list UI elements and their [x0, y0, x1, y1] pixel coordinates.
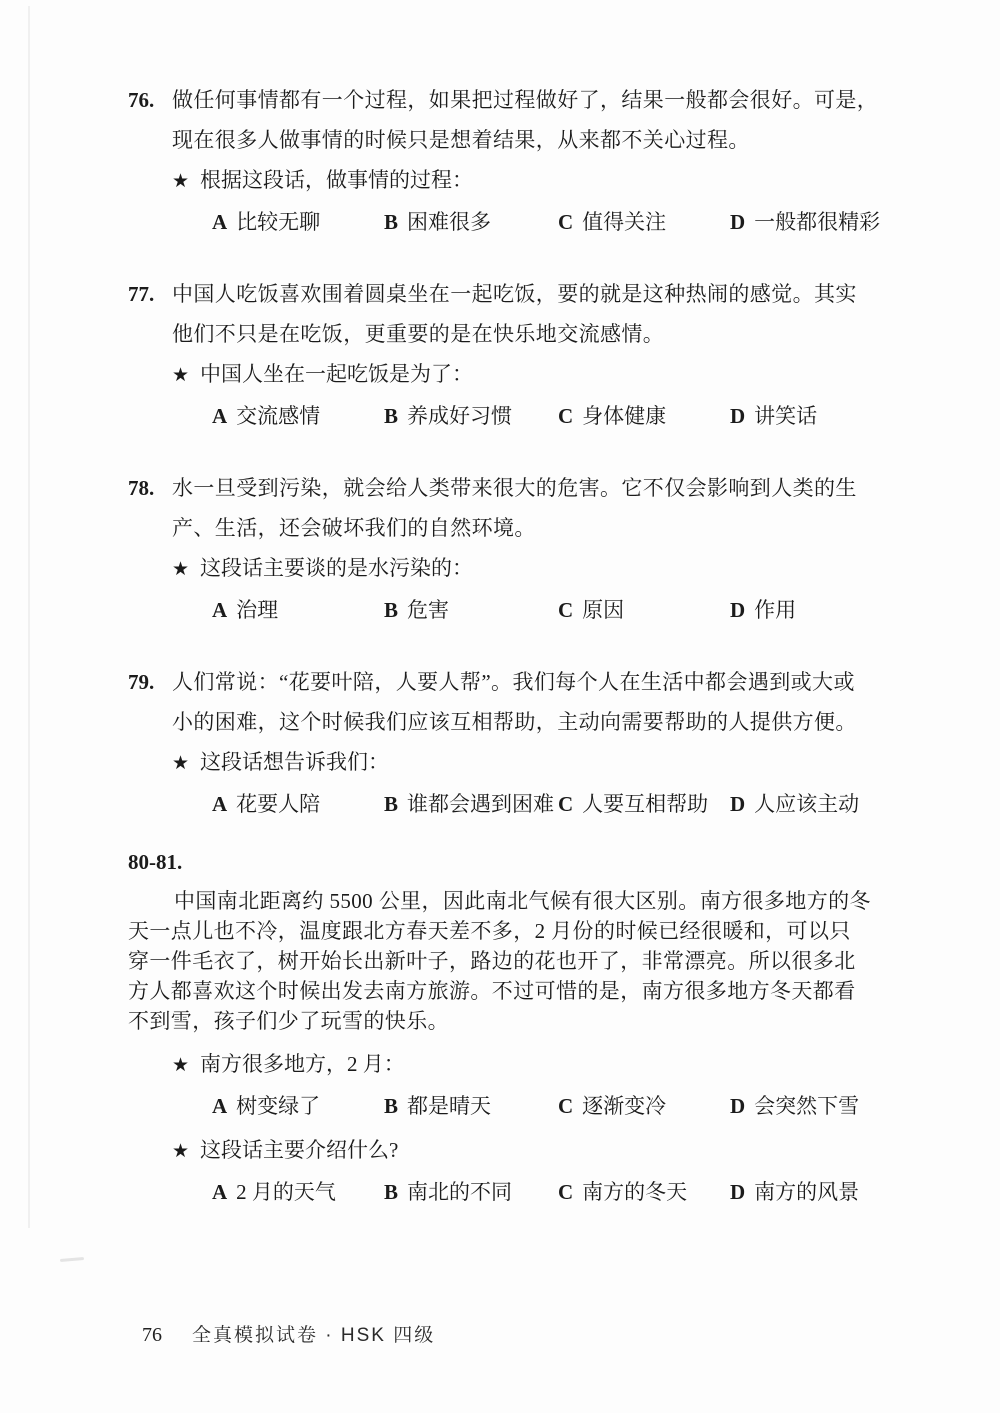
option-letter: B — [384, 210, 398, 234]
option-text: 交流感情 — [236, 404, 320, 428]
question-body: 做任何事情都有一个过程，如果把过程做好了，结果一般都会很好。可是， 现在很多人做… — [172, 80, 944, 242]
page-footer: 76 全真模拟试卷 · HSK 四级 — [142, 1320, 435, 1347]
passage-line: 穿一件毛衣了，树开始长出新叶子，路边的花也开了，非常漂亮。所以很多北 — [128, 946, 944, 976]
option-text: 危害 — [407, 598, 449, 622]
option-d: D讲笑话 — [730, 396, 817, 436]
option-letter: C — [558, 598, 573, 622]
option-c: C人要互相帮助 — [558, 784, 730, 824]
option-text: 南方的风景 — [754, 1180, 859, 1204]
option-b: B危害 — [384, 590, 558, 630]
passage-line: 产、生活，还会破坏我们的自然环境。 — [172, 508, 944, 548]
option-text: 讲笑话 — [754, 404, 817, 428]
option-text: 人应该主动 — [754, 792, 859, 816]
option-text: 逐渐变冷 — [582, 1094, 666, 1118]
option-text: 一般都很精彩 — [754, 210, 880, 234]
star-icon: ★ — [172, 744, 189, 784]
question-prompt: ★根据这段话，做事情的过程： — [172, 160, 944, 202]
question-body: 人们常说：“花要叶陪，人要人帮”。我们每个人在生活中都会遇到或大或 小的困难，这… — [172, 662, 944, 824]
question-prompt: ★中国人坐在一起吃饭是为了： — [172, 354, 944, 396]
passage-line: 做任何事情都有一个过程，如果把过程做好了，结果一般都会很好。可是， — [172, 80, 944, 120]
option-text: 困难很多 — [407, 210, 491, 234]
option-text: 都是晴天 — [407, 1094, 491, 1118]
option-text: 南北的不同 — [407, 1180, 512, 1204]
page-number: 76 — [142, 1324, 162, 1347]
question-body: 中国人吃饭喜欢围着圆桌坐在一起吃饭，要的就是这种热闹的感觉。其实 他们不只是在吃… — [172, 274, 944, 436]
passage-line: 小的困难，这个时候我们应该互相帮助，主动向需要帮助的人提供方便。 — [172, 702, 944, 742]
prompt-text: 这段话主要介绍什么? — [200, 1138, 398, 1162]
passage-line: 人们常说：“花要叶陪，人要人帮”。我们每个人在生活中都会遇到或大或 — [172, 662, 944, 702]
star-icon: ★ — [172, 550, 189, 590]
option-a: A交流感情 — [212, 396, 384, 436]
passage-line: 中国南北距离约 5500 公里，因此南北气候有很大区别。南方很多地方的冬 — [128, 886, 944, 916]
group-prompt-block: ★南方很多地方，2 月： A树变绿了 B都是晴天 C逐渐变冷 D会突然下雪 — [172, 1044, 944, 1126]
option-c: C值得关注 — [558, 202, 730, 242]
option-b: B南北的不同 — [384, 1172, 558, 1212]
exam-page: 76. 做任何事情都有一个过程，如果把过程做好了，结果一般都会很好。可是， 现在… — [0, 0, 1000, 1413]
reading-section: 76. 做任何事情都有一个过程，如果把过程做好了，结果一般都会很好。可是， 现在… — [128, 80, 944, 1212]
question-number: 78. — [128, 468, 172, 630]
question-number: 77. — [128, 274, 172, 436]
option-a: A治理 — [212, 590, 384, 630]
question-block: 76. 做任何事情都有一个过程，如果把过程做好了，结果一般都会很好。可是， 现在… — [128, 80, 944, 242]
option-letter: A — [212, 1094, 227, 1118]
option-text: 南方的冬天 — [582, 1180, 687, 1204]
option-letter: D — [730, 404, 745, 428]
option-letter: A — [212, 404, 227, 428]
option-b: B都是晴天 — [384, 1086, 558, 1126]
option-letter: B — [384, 1180, 398, 1204]
option-text: 作用 — [754, 598, 796, 622]
passage-line: 方人都喜欢这个时候出发去南方旅游。不过可惜的是，南方很多地方冬天都看 — [128, 976, 944, 1006]
book-title: 全真模拟试卷 · HSK 四级 — [192, 1320, 435, 1347]
option-b: B困难很多 — [384, 202, 558, 242]
option-d: D南方的风景 — [730, 1172, 859, 1212]
option-a: A2 月的天气 — [212, 1172, 384, 1212]
option-letter: D — [730, 792, 745, 816]
star-icon: ★ — [172, 1046, 189, 1086]
option-c: C身体健康 — [558, 396, 730, 436]
passage-line: 他们不只是在吃饭，更重要的是在快乐地交流感情。 — [172, 314, 944, 354]
passage-line: 现在很多人做事情的时候只是想着结果，从来都不关心过程。 — [172, 120, 944, 160]
passage-line: 中国人吃饭喜欢围着圆桌坐在一起吃饭，要的就是这种热闹的感觉。其实 — [172, 274, 944, 314]
star-icon: ★ — [172, 356, 189, 396]
option-letter: A — [212, 210, 227, 234]
question-number: 76. — [128, 80, 172, 242]
option-text: 养成好习惯 — [407, 404, 512, 428]
option-text: 会突然下雪 — [754, 1094, 859, 1118]
option-letter: D — [730, 210, 745, 234]
prompt-text: 根据这段话，做事情的过程： — [200, 168, 473, 192]
options-row: A交流感情 B养成好习惯 C身体健康 D讲笑话 — [212, 396, 944, 436]
option-letter: C — [558, 1094, 573, 1118]
option-text: 谁都会遇到困难 — [407, 792, 554, 816]
option-d: D会突然下雪 — [730, 1086, 859, 1126]
scan-edge-artifact — [28, 6, 30, 1228]
option-d: D人应该主动 — [730, 784, 859, 824]
option-c: C南方的冬天 — [558, 1172, 730, 1212]
option-letter: C — [558, 210, 573, 234]
star-icon: ★ — [172, 162, 189, 202]
question-block: 78. 水一旦受到污染，就会给人类带来很大的危害。它不仅会影响到人类的生 产、生… — [128, 468, 944, 630]
option-text: 树变绿了 — [236, 1094, 320, 1118]
prompt-text: 这段话主要谈的是水污染的： — [200, 556, 473, 580]
option-c: C原因 — [558, 590, 730, 630]
option-letter: D — [730, 1180, 745, 1204]
option-b: B养成好习惯 — [384, 396, 558, 436]
option-d: D一般都很精彩 — [730, 202, 880, 242]
question-body: 水一旦受到污染，就会给人类带来很大的危害。它不仅会影响到人类的生 产、生活，还会… — [172, 468, 944, 630]
options-row: A治理 B危害 C原因 D作用 — [212, 590, 944, 630]
passage-line: 水一旦受到污染，就会给人类带来很大的危害。它不仅会影响到人类的生 — [172, 468, 944, 508]
option-a: A花要人陪 — [212, 784, 384, 824]
option-letter: B — [384, 792, 398, 816]
option-a: A树变绿了 — [212, 1086, 384, 1126]
question-prompt: ★南方很多地方，2 月： — [172, 1044, 944, 1086]
option-c: C逐渐变冷 — [558, 1086, 730, 1126]
passage-group-80-81: 80-81. 中国南北距离约 5500 公里，因此南北气候有很大区别。南方很多地… — [128, 842, 944, 1212]
question-block: 79. 人们常说：“花要叶陪，人要人帮”。我们每个人在生活中都会遇到或大或 小的… — [128, 662, 944, 824]
option-letter: B — [384, 1094, 398, 1118]
option-letter: D — [730, 1094, 745, 1118]
options-row: A2 月的天气 B南北的不同 C南方的冬天 D南方的风景 — [212, 1172, 944, 1212]
option-text: 人要互相帮助 — [582, 792, 708, 816]
question-prompt: ★这段话主要谈的是水污染的： — [172, 548, 944, 590]
option-text: 2 月的天气 — [236, 1180, 336, 1204]
passage-line: 不到雪，孩子们少了玩雪的快乐。 — [128, 1006, 944, 1036]
option-text: 花要人陪 — [236, 792, 320, 816]
option-text: 值得关注 — [582, 210, 666, 234]
group-prompt-block: ★这段话主要介绍什么? A2 月的天气 B南北的不同 C南方的冬天 D南方的风景 — [172, 1130, 944, 1212]
option-d: D作用 — [730, 590, 796, 630]
scan-smudge-artifact — [60, 1257, 84, 1262]
passage-line: 天一点儿也不冷，温度跟北方春天差不多，2 月份的时候已经很暖和，可以只 — [128, 916, 944, 946]
option-letter: A — [212, 1180, 227, 1204]
questions-list: 76. 做任何事情都有一个过程，如果把过程做好了，结果一般都会很好。可是， 现在… — [128, 80, 944, 824]
prompt-text: 中国人坐在一起吃饭是为了： — [200, 362, 473, 386]
question-block: 77. 中国人吃饭喜欢围着圆桌坐在一起吃饭，要的就是这种热闹的感觉。其实 他们不… — [128, 274, 944, 436]
options-row: A树变绿了 B都是晴天 C逐渐变冷 D会突然下雪 — [212, 1086, 944, 1126]
option-letter: C — [558, 404, 573, 428]
prompt-text: 南方很多地方，2 月： — [200, 1052, 405, 1076]
option-b: B谁都会遇到困难 — [384, 784, 558, 824]
question-prompt: ★这段话主要介绍什么? — [172, 1130, 944, 1172]
group-number: 80-81. — [128, 842, 944, 882]
group-prompts: ★南方很多地方，2 月： A树变绿了 B都是晴天 C逐渐变冷 D会突然下雪 ★这… — [172, 1044, 944, 1212]
option-letter: A — [212, 792, 227, 816]
options-row: A花要人陪 B谁都会遇到困难 C人要互相帮助 D人应该主动 — [212, 784, 944, 824]
option-letter: D — [730, 598, 745, 622]
question-prompt: ★这段话想告诉我们： — [172, 742, 944, 784]
group-passage: 中国南北距离约 5500 公里，因此南北气候有很大区别。南方很多地方的冬 天一点… — [128, 886, 944, 1036]
options-row: A比较无聊 B困难很多 C值得关注 D一般都很精彩 — [212, 202, 944, 242]
star-icon: ★ — [172, 1132, 189, 1172]
prompt-text: 这段话想告诉我们： — [200, 750, 389, 774]
option-a: A比较无聊 — [212, 202, 384, 242]
option-text: 治理 — [236, 598, 278, 622]
option-text: 身体健康 — [582, 404, 666, 428]
option-letter: A — [212, 598, 227, 622]
option-text: 比较无聊 — [236, 210, 320, 234]
option-letter: C — [558, 792, 573, 816]
option-letter: B — [384, 404, 398, 428]
option-letter: B — [384, 598, 398, 622]
option-letter: C — [558, 1180, 573, 1204]
question-number: 79. — [128, 662, 172, 824]
option-text: 原因 — [582, 598, 624, 622]
